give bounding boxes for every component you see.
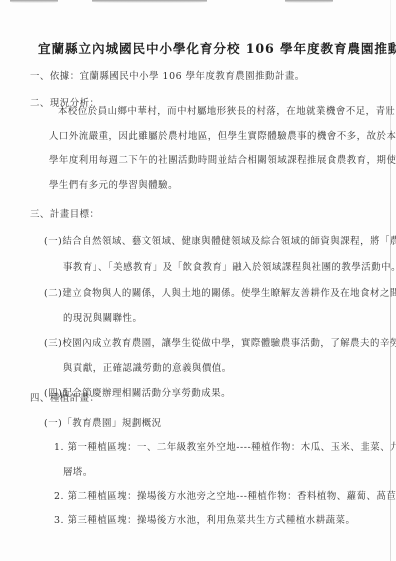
scanned-document-page: 宜蘭縣立內城國民中小學化育分校 106 學年度教育農園推動計畫 一、依據：宜蘭縣… (0, 0, 396, 561)
section-2-paragraph-line-4: 學生們有多元的學習與體驗。 (49, 180, 178, 192)
section-1-heading: 一、依據：宜蘭縣國民中小學 106 學年度教育農園推動計畫。 (30, 71, 305, 83)
section-3-heading: 三、計畫目標： (30, 209, 99, 221)
section-2-paragraph-line-2: 人口外流嚴重，因此雖屬於農村地區，但學生實際體驗農事的機會不多，故於本 (49, 131, 396, 143)
scan-artifact-top-right (285, 0, 333, 3)
section-2-paragraph-line-3: 學年度利用每週二下午的社團活動時間並結合相關領域課程推展食農教育，期使 (49, 155, 396, 167)
goal-1-line-2: 事教育」、「美感教育」及「飲食教育」融入於領域課程與社團的教學活動中。 (63, 262, 396, 274)
goal-2-line-2: 的現況與關聯性。 (63, 313, 142, 325)
page-edge-line (390, 0, 391, 561)
goal-1-line-1: (一)結合自然領域、藝文領域、健康與體健領域及綜合領域的師資與課程，將「農 (44, 236, 396, 248)
planting-area-3-line-1: 3. 第三種植區塊：操場後方水池，利用魚菜共生方式種植水耕蔬菜。 (54, 515, 355, 527)
goal-3-line-1: (三)校園內成立教育農園，讓學生從做中學，實際體驗農事活動，了解農夫的辛勞 (44, 338, 396, 350)
planting-area-2-line-1: 2. 第二種植區塊：操場後方水池旁之空地---種植作物：香料植物、蘿蔔、萵苣。 (54, 491, 396, 503)
section-4-heading: 四、種植計畫： (30, 393, 99, 405)
section-4-subheading: (一)「教育農園」規劃概況 (44, 418, 162, 430)
goal-3-line-2: 與貢獻，正確認識勞動的意義與價值。 (63, 363, 232, 375)
document-title: 宜蘭縣立內城國民中小學化育分校 106 學年度教育農園推動計畫 (38, 42, 396, 56)
planting-area-1-line-1: 1. 第一種植區塊：一、二年級教室外空地----種植作物：木瓜、玉米、韭菜、九 (54, 442, 396, 454)
scan-artifact-top-center (92, 0, 207, 3)
planting-area-1-line-2: 層塔。 (63, 467, 93, 479)
scan-artifact-top-left (10, 0, 58, 3)
goal-2-line-1: (二)建立食物與人的關係，人與土地的關係。使學生瞭解友善耕作及在地食材之間 (44, 288, 396, 300)
section-2-paragraph-line-1: 本校位於員山鄉中華村，而中村屬地形狹長的村落，在地就業機會不足，青壯 (58, 106, 395, 118)
